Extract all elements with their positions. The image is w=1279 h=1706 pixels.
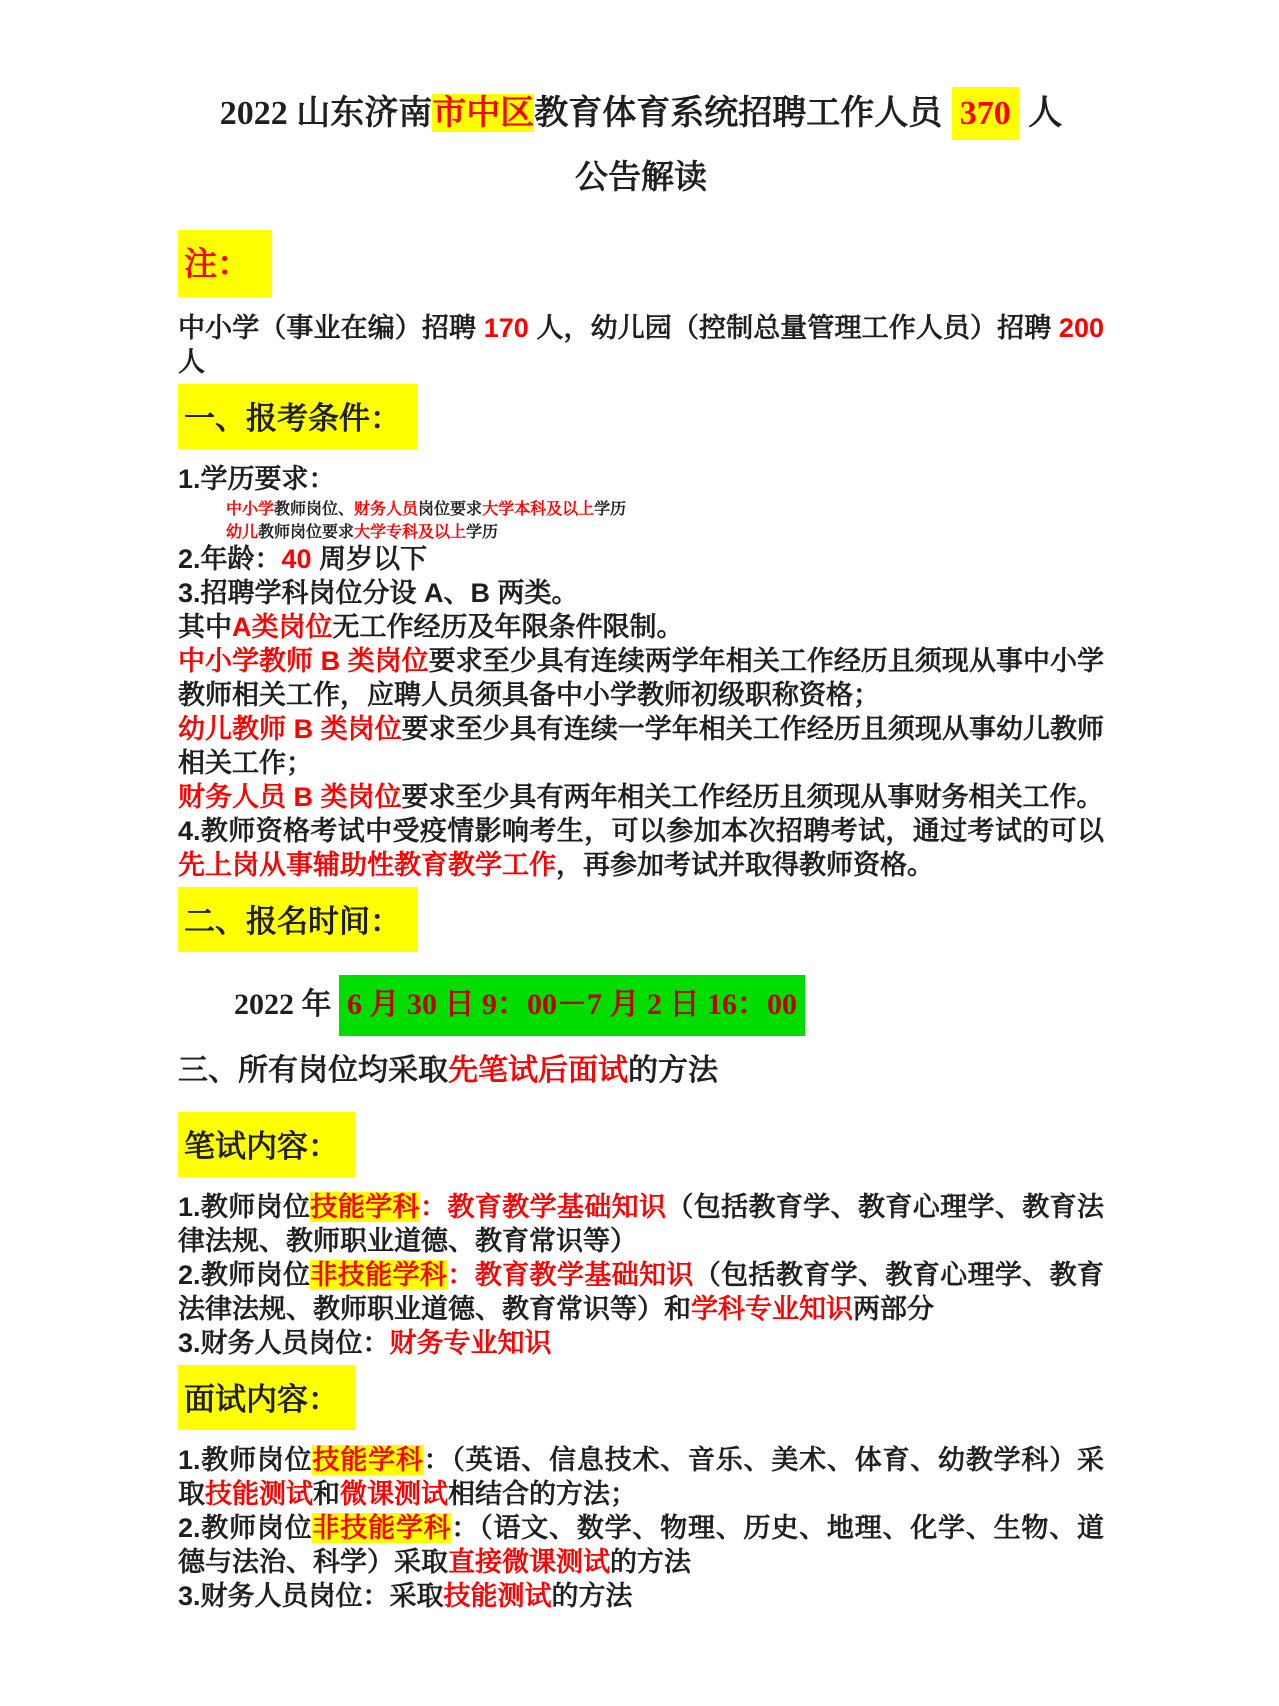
document-row: 二、报名时间：	[178, 882, 1104, 965]
interview-2: 2.教师岗位非技能学科：（语文、数学、物理、历史、地理、化学、生物、道德与法治、…	[178, 1511, 1104, 1579]
note-badge: 注：	[178, 230, 272, 297]
document-page: 2022 山东济南市中区教育体育系统招聘工作人员 370 人公告解读注：中小学（…	[0, 0, 1279, 1706]
text-segment: 相结合的方法；	[448, 1479, 637, 1509]
text-segment: 财务专业知识	[390, 1328, 552, 1358]
document-row: 中小学（事业在编）招聘 170 人，幼儿园（控制总量管理工作人员）招聘 200 …	[178, 311, 1104, 379]
text-segment: 非技能学科	[312, 1513, 451, 1543]
document-row: 1.教师岗位技能学科：（英语、信息技术、音乐、美术、体育、幼教学科）采取技能测试…	[178, 1443, 1104, 1511]
text-segment: 市中区	[432, 94, 534, 132]
document-row: 幼儿教师岗位要求大学专科及以上学历	[178, 519, 1104, 542]
document-row: 2.教师岗位非技能学科：（语文、数学、物理、历史、地理、化学、生物、道德与法治、…	[178, 1511, 1104, 1579]
text-segment: 中小学（事业在编）招聘	[178, 313, 484, 343]
text-segment: 1.教师岗位	[178, 1192, 310, 1222]
written-exam-heading: 笔试内容：	[178, 1112, 355, 1177]
text-segment: 大学本科及以上	[482, 501, 594, 518]
text-segment: 370	[952, 87, 1019, 140]
text-segment: 2022 年	[234, 988, 339, 1021]
text-segment: 40	[282, 544, 312, 574]
document-row: 笔试内容：	[178, 1107, 1104, 1190]
requirement-2: 2.年龄：40 周岁以下	[178, 542, 1104, 576]
section-3-heading: 三、所有岗位均采取先笔试后面试的方法	[178, 1045, 1104, 1089]
text-segment: 岗位要求	[418, 501, 482, 518]
text-segment: 公告解读	[575, 158, 707, 195]
text-segment: 技能测试	[205, 1479, 313, 1509]
text-segment: 财务人员	[354, 501, 418, 518]
document-row: 1.教师岗位技能学科：教育教学基础知识（包括教育学、教育心理学、教育法律法规、教…	[178, 1190, 1104, 1258]
document-row: 三、所有岗位均采取先笔试后面试的方法	[178, 1045, 1104, 1089]
text-segment: 大学专科及以上	[354, 524, 466, 541]
text-segment: 先笔试后面试	[448, 1054, 628, 1087]
text-segment: 其中	[178, 612, 232, 642]
document-row: 注：	[178, 224, 1104, 311]
text-segment: 学科专业知识	[691, 1294, 853, 1324]
requirement-3: 3.招聘学科岗位分设 A、B 两类。	[178, 576, 1104, 610]
text-segment: 面试内容：	[184, 1382, 339, 1417]
text-segment: 非技能学科	[310, 1260, 447, 1290]
text-segment: 技能学科	[312, 1445, 423, 1475]
text-segment: 1.教师岗位	[178, 1445, 312, 1475]
document-row: 2022 年 6 月 30 日 9：00－7 月 2 日 16：00	[178, 979, 1104, 1023]
document-row: 幼儿教师 B 类岗位要求至少具有连续一学年相关工作经历且须现从事幼儿教师相关工作…	[178, 712, 1104, 780]
text-segment: 先上岗从事辅助性教育教学工作	[178, 850, 556, 880]
interview-heading: 面试内容：	[178, 1365, 355, 1430]
text-segment: ：	[420, 1192, 447, 1222]
text-segment: 注：	[184, 245, 250, 282]
requirement-3a: 其中A类岗位无工作经历及年限条件限制。	[178, 610, 1104, 644]
requirement-3c: 幼儿教师 B 类岗位要求至少具有连续一学年相关工作经历且须现从事幼儿教师相关工作…	[178, 712, 1104, 780]
text-segment: 无工作经历及年限条件限制。	[333, 612, 684, 642]
document-row: 中小学教师岗位、财务人员岗位要求大学本科及以上学历	[178, 496, 1104, 519]
note-line: 中小学（事业在编）招聘 170 人，幼儿园（控制总量管理工作人员）招聘 200 …	[178, 311, 1104, 379]
text-segment: 幼儿	[226, 524, 258, 541]
interview-3: 3.财务人员岗位：采取技能测试的方法	[178, 1579, 1104, 1613]
text-segment: 学历	[466, 524, 498, 541]
document-row: 3.财务人员岗位：采取技能测试的方法	[178, 1579, 1104, 1613]
text-segment: 1.学历要求：	[178, 464, 336, 494]
text-segment: 的方法	[552, 1581, 633, 1611]
text-segment: 教育体育系统招聘工作人员	[534, 94, 951, 132]
text-segment: 170	[484, 313, 529, 343]
text-segment: 3.招聘学科岗位分设 A、B 两类。	[178, 578, 579, 608]
requirement-3b: 中小学教师 B 类岗位要求至少具有连续两学年相关工作经历且须现从事中小学教师相关…	[178, 644, 1104, 712]
doc-subtitle: 公告解读	[178, 151, 1104, 198]
text-segment: 人	[1019, 94, 1062, 132]
text-segment: A类岗位	[232, 612, 333, 642]
document-row: 2.教师岗位非技能学科：教育教学基础知识（包括教育学、教育心理学、教育法律法规、…	[178, 1258, 1104, 1326]
text-segment: 2.教师岗位	[178, 1260, 310, 1290]
document-row: 2022 山东济南市中区教育体育系统招聘工作人员 370 人	[178, 86, 1104, 141]
section-1-heading: 一、报考条件：	[178, 384, 417, 449]
text-segment: 微课测试	[340, 1479, 448, 1509]
text-segment: 中小学教师 B 类岗位	[178, 646, 429, 676]
text-segment: 要求至少具有两年相关工作经历且须现从事财务相关工作。	[402, 782, 1104, 812]
document-row: 3.招聘学科岗位分设 A、B 两类。	[178, 576, 1104, 610]
text-segment: 笔试内容：	[184, 1129, 339, 1164]
requirement-1: 1.学历要求：	[178, 462, 1104, 496]
written-exam-3: 3.财务人员岗位：财务专业知识	[178, 1326, 1104, 1360]
section-2-heading: 二、报名时间：	[178, 887, 417, 952]
text-segment: 三、所有岗位均采取	[178, 1054, 448, 1087]
document-row: 财务人员 B 类岗位要求至少具有两年相关工作经历且须现从事财务相关工作。	[178, 780, 1104, 814]
document-row: 面试内容：	[178, 1360, 1104, 1443]
text-segment: 学历	[594, 501, 626, 518]
text-segment: 技能测试	[444, 1581, 552, 1611]
requirement-3d: 财务人员 B 类岗位要求至少具有两年相关工作经历且须现从事财务相关工作。	[178, 780, 1104, 814]
text-segment: 教师岗位要求	[258, 524, 354, 541]
text-segment: 2.年龄：	[178, 544, 282, 574]
document-row: 其中A类岗位无工作经历及年限条件限制。	[178, 610, 1104, 644]
text-segment: 和	[313, 1479, 340, 1509]
text-segment: 幼儿教师 B 类岗位	[178, 714, 402, 744]
text-segment: 6 月 30 日 9：00－7 月 2 日 16：00	[339, 975, 805, 1036]
text-segment: 山东济南	[296, 94, 432, 132]
text-segment: 3.财务人员岗位：	[178, 1328, 390, 1358]
text-segment: 2.教师岗位	[178, 1513, 312, 1543]
requirement-1b: 幼儿教师岗位要求大学专科及以上学历	[178, 519, 1104, 542]
text-segment: 的方法	[610, 1547, 691, 1577]
requirement-1a: 中小学教师岗位、财务人员岗位要求大学本科及以上学历	[178, 496, 1104, 519]
document-row: 中小学教师 B 类岗位要求至少具有连续两学年相关工作经历且须现从事中小学教师相关…	[178, 644, 1104, 712]
text-segment: 4.教师资格考试中受疫情影响考生，可以参加本次招聘考试，通过考试的可以	[178, 816, 1104, 846]
text-segment: 直接微课测试	[448, 1547, 610, 1577]
text-segment: 两部分	[853, 1294, 934, 1324]
text-segment: 2022	[220, 95, 297, 132]
interview-1: 1.教师岗位技能学科：（英语、信息技术、音乐、美术、体育、幼教学科）采取技能测试…	[178, 1443, 1104, 1511]
written-exam-1: 1.教师岗位技能学科：教育教学基础知识（包括教育学、教育心理学、教育法律法规、教…	[178, 1190, 1104, 1258]
text-segment: 的方法	[628, 1054, 718, 1087]
text-segment: 200	[1059, 313, 1104, 343]
signup-date-line: 2022 年 6 月 30 日 9：00－7 月 2 日 16：00	[178, 979, 1104, 1023]
text-segment: 3.财务人员岗位：采取	[178, 1581, 444, 1611]
written-exam-2: 2.教师岗位非技能学科：教育教学基础知识（包括教育学、教育心理学、教育法律法规、…	[178, 1258, 1104, 1326]
text-segment: ：	[447, 1260, 474, 1290]
text-segment: 教育教学基础知识	[447, 1192, 666, 1222]
document-row: 公告解读	[178, 151, 1104, 198]
text-segment: 周岁以下	[312, 544, 428, 574]
document-row: 1.学历要求：	[178, 462, 1104, 496]
document-row: 2.年龄：40 周岁以下	[178, 542, 1104, 576]
text-segment: 二、报名时间：	[184, 904, 401, 939]
text-segment: 教师岗位、	[274, 501, 354, 518]
document-row: 3.财务人员岗位：财务专业知识	[178, 1326, 1104, 1360]
text-segment: 一、报考条件：	[184, 401, 401, 436]
requirement-4: 4.教师资格考试中受疫情影响考生，可以参加本次招聘考试，通过考试的可以先上岗从事…	[178, 814, 1104, 882]
document-row: 一、报考条件：	[178, 379, 1104, 462]
text-segment: 教育教学基础知识	[475, 1260, 694, 1290]
doc-title: 2022 山东济南市中区教育体育系统招聘工作人员 370 人	[178, 86, 1104, 141]
text-segment: 财务人员 B 类岗位	[178, 782, 402, 812]
text-segment: 人，幼儿园（控制总量管理工作人员）招聘	[529, 313, 1059, 343]
text-segment: 中小学	[226, 501, 274, 518]
document-row: 4.教师资格考试中受疫情影响考生，可以参加本次招聘考试，通过考试的可以先上岗从事…	[178, 814, 1104, 882]
text-segment: ，再参加考试并取得教师资格。	[556, 850, 934, 880]
text-segment: 技能学科	[310, 1192, 420, 1222]
